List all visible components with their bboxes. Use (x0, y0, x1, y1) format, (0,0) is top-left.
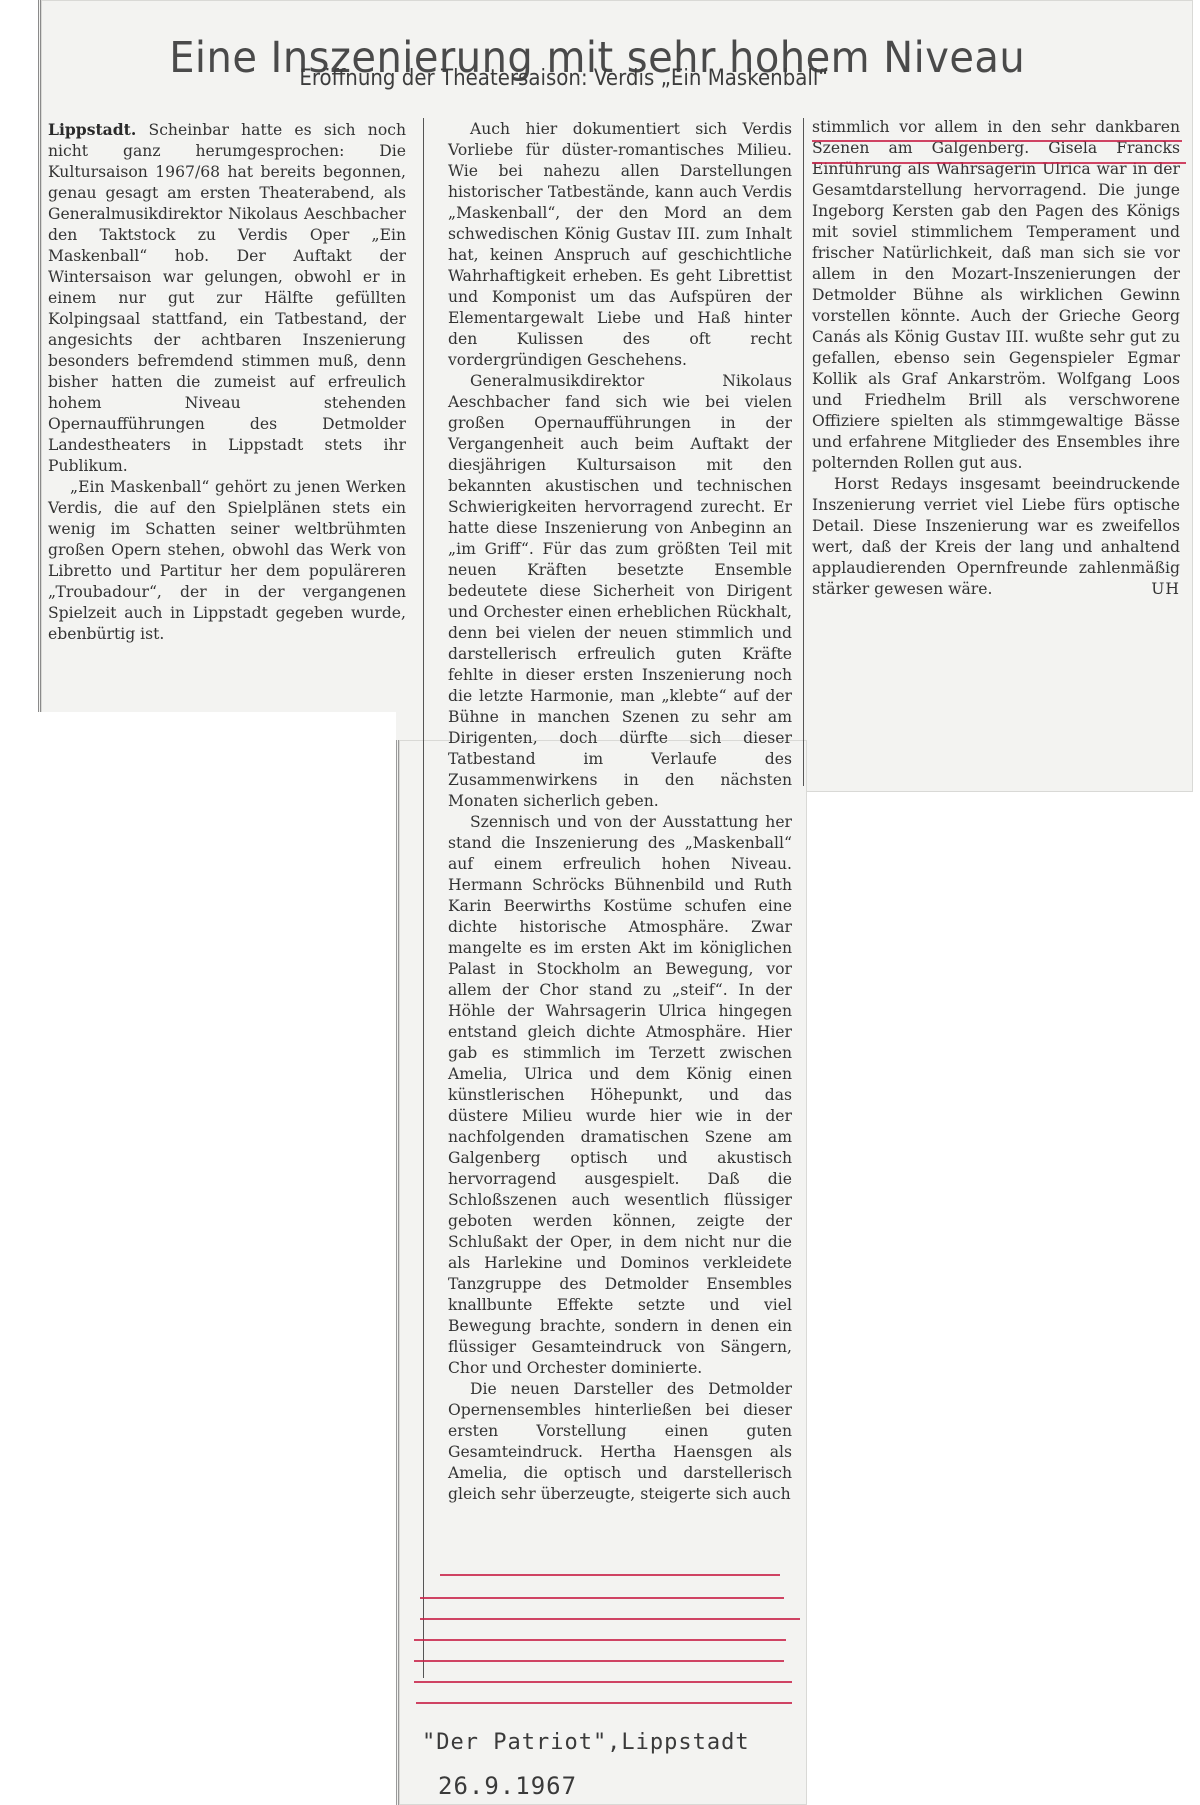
red-underline (420, 1618, 800, 1620)
paragraph: Horst Redays insgesamt beeindruckende In… (812, 474, 1180, 600)
source-annotation: "Der Patriot",Lippstadt (422, 1730, 750, 1755)
paragraph: „Ein Maskenball“ gehört zu jenen Werken … (48, 477, 406, 645)
date-annotation: 26.9.1967 (438, 1772, 577, 1800)
author-signature: UH (1129, 579, 1180, 600)
paragraph: Szennisch und von der Ausstattung her st… (448, 812, 792, 1379)
paragraph: stimmlich vor allem in den sehr dankbare… (812, 117, 1180, 474)
column-rule-right (803, 118, 804, 786)
column-rule-left (423, 118, 424, 1678)
red-underline (416, 1702, 792, 1704)
paragraph: Lippstadt. Scheinbar hatte es sich noch … (48, 119, 406, 477)
red-underline (812, 140, 1182, 142)
red-underline (414, 1681, 792, 1683)
dateline: Lippstadt. (48, 120, 136, 139)
background-cutout-right (804, 792, 1200, 1805)
article-column-left: Lippstadt. Scheinbar hatte es sich noch … (48, 119, 406, 645)
paragraph-text: Horst Redays insgesamt beeindruckende In… (812, 475, 1180, 598)
background-cutout-left (0, 712, 396, 1805)
subheadline: Eröffnung der Theatersaison: Verdis „Ein… (56, 66, 1071, 91)
red-underline (420, 1597, 784, 1599)
paragraph: Auch hier dokumentiert sich Verdis Vorli… (448, 119, 792, 371)
article-column-middle: Auch hier dokumentiert sich Verdis Vorli… (448, 119, 792, 1505)
red-underline (440, 1574, 780, 1576)
red-underline (414, 1639, 786, 1641)
paragraph-highlighted: Die neuen Darsteller des Detmolder Opern… (448, 1379, 792, 1505)
red-underline (812, 162, 1186, 164)
red-underline (414, 1660, 784, 1662)
paragraph: Generalmusikdirektor Nikolaus Aeschbache… (448, 371, 792, 812)
paragraph-text: Scheinbar hatte es sich noch nicht ganz … (48, 121, 406, 475)
article-column-right: stimmlich vor allem in den sehr dankbare… (812, 117, 1180, 600)
